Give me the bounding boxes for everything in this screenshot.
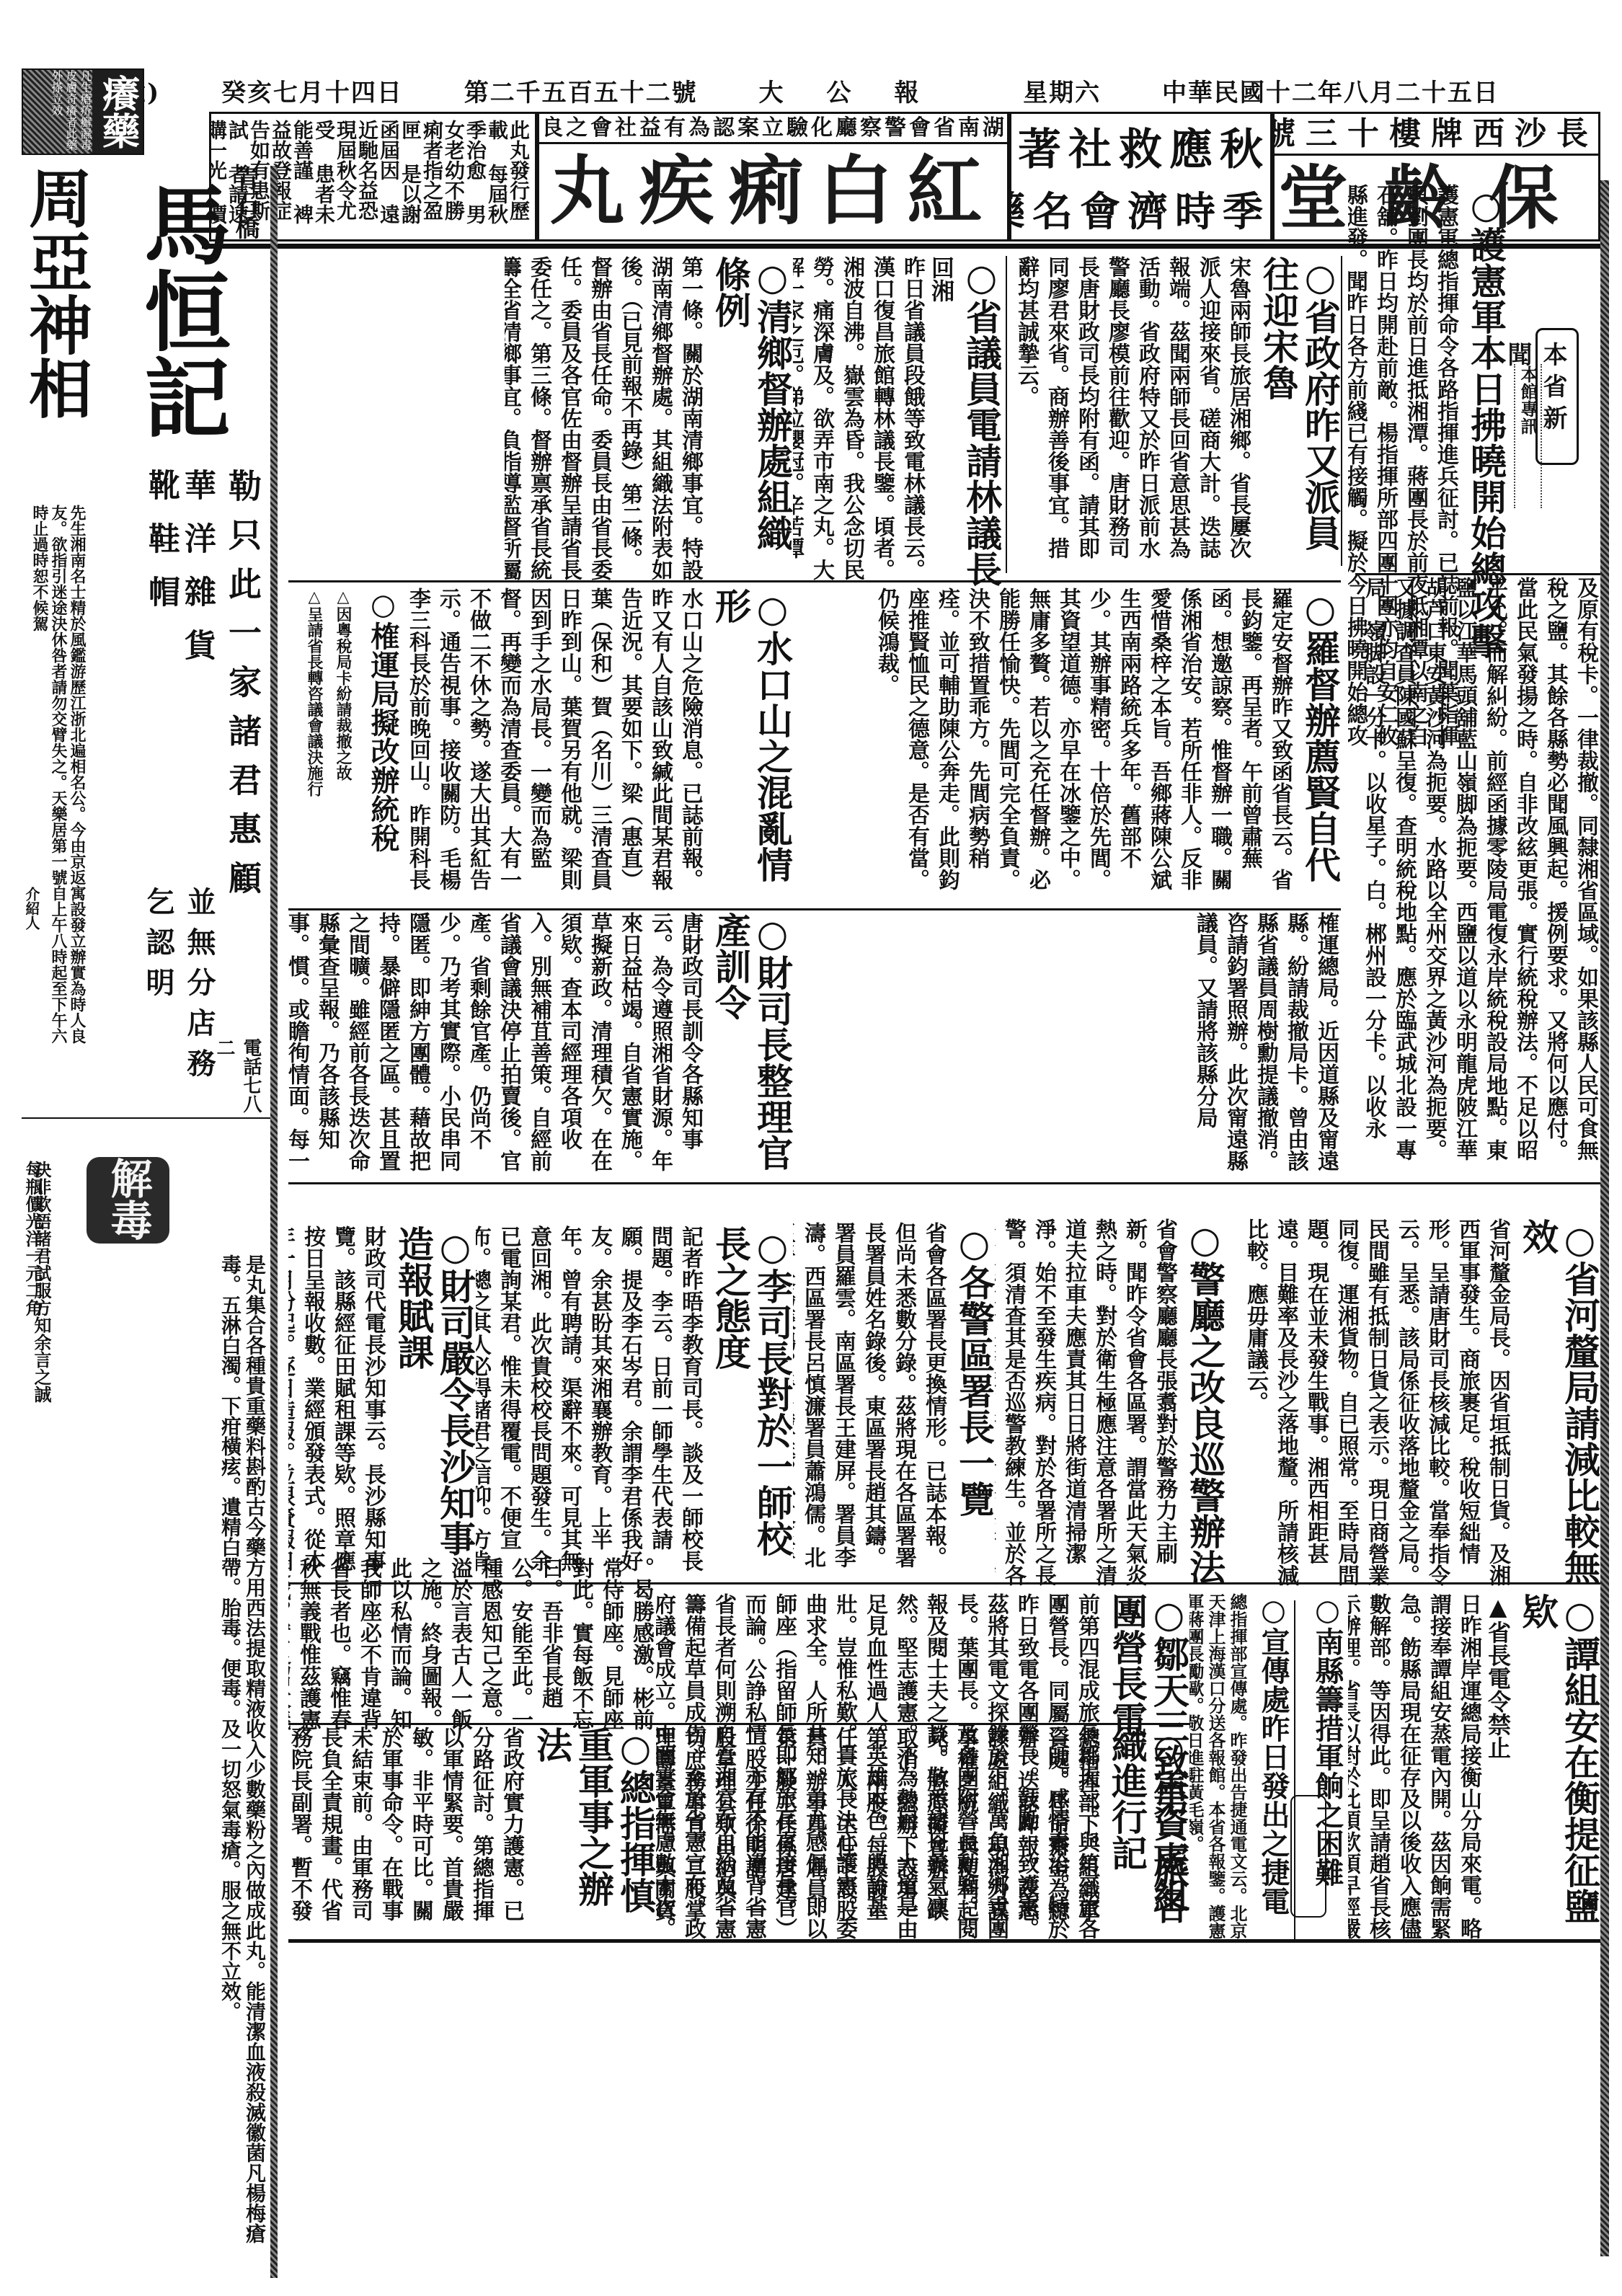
baolingtang-address: 長沙西牌樓十三號: [1275, 114, 1598, 156]
zhou-ya-text: 先生湘南名士精於風鑑游歷江浙北遍相名公。今由京返寓設發立辦實為時人良友。欲指引迷…: [29, 505, 87, 1052]
column-divider: [1341, 256, 1342, 566]
article-body: 財政司代電長沙知事云。長沙縣知事覽。該縣經征田賦租課等欵。照章應按日呈報收數。業…: [288, 1225, 388, 1579]
article-body: 宋魯兩師長旅居湘鄉。省長屢次派人迎接來省。磋商大計。迭誌報端。茲聞兩師長回省意思…: [1011, 256, 1253, 573]
ma-heng-ji-location: 青石橋: [228, 166, 263, 239]
article-body: 省會警察廳廳長張翥對於警務力主刷新。聞昨令省會各區署。謂當此天氣炎熱之時。對於衛…: [995, 1218, 1179, 1586]
article-body: 總指揮部下。組織軍資處。任命齋崟為總辦。迭誌昨報。茲悉該處組織。現為力謀事權之統…: [656, 1727, 1102, 1928]
zhou-ya-name: 周亞神相: [22, 166, 91, 420]
article-body: 昨日省議員段餓等致電林議長云。漢口復昌旅館轉林議長鑒。頃者。湘波自沸。嶽雲為昏。…: [793, 256, 927, 588]
masthead: (六) 癸亥七月十四日 第二千五百五十二號 大公報 星期六 中華民國十二年八月二…: [108, 72, 1499, 108]
article-cai-si-yan-ling: 財司嚴令長沙知事造報賦課 財政司代電長沙知事云。長沙縣知事覽。該縣經征田賦租課等…: [288, 1225, 476, 1579]
headline: 清鄉督辦處組織條例: [709, 256, 793, 580]
article-tax-column: 及原有稅卡。一律裁撤。同隸湘省區域。如果該縣人民可食無稅之鹽。其餘各縣勢必聞風興…: [1355, 577, 1600, 1175]
qiuying-line1: 秋應救社著良: [1011, 115, 1270, 177]
article-body: 。曷勝感激。彬前常侍師座。見師座對此。實每飯不忘曰。吾非省長趙公。安能至此。一種…: [288, 1557, 656, 1730]
article-ge-jing-qu: 各警區署長一覽 省會各區署長更換情形。已誌本報。但尚未悉數分錄。茲將現在各區署署…: [793, 1222, 995, 1582]
article-body: 水口山之危險消息。已誌前報。昨又有人自該山致緘此間某君報告近況。其要如下。梁（惠…: [404, 588, 705, 905]
row-divider: [656, 1723, 1189, 1725]
article-zong-zhi-hui: 總指揮慎重軍事之辦法 省政府實力護憲。已分路征討。第總指揮以軍情緊要。首貴嚴敏。…: [288, 1727, 656, 1928]
article-luo-du-ban: 羅督辦薦賢自代 羅定安督辦昨又致函省長云。省長鈞鑒。再呈者。午前曾肅蕪函。想邀諒…: [793, 588, 1341, 905]
headline: 羅督辦薦賢自代: [1299, 588, 1341, 905]
headline: 譚組安在衡提征鹽欵: [1517, 1593, 1600, 1939]
headline: 宣傳處昨日發出之捷電: [1252, 1593, 1294, 1939]
article-body: 及原有稅卡。一律裁撤。同隸湘省區域。如果該縣人民可食無稅之鹽。其餘各縣勢必聞風興…: [1355, 577, 1600, 1175]
headline: 省議員電請林議長: [960, 256, 1002, 588]
section-label-local-news: 本省新聞: [1535, 328, 1579, 465]
hongbai-banner: 湖南省會警察廳化驗立案認為有益社會之良藥: [539, 114, 1007, 144]
ma-heng-ji-note: 並無分店務乞認明: [138, 887, 220, 1117]
headline: 警廳之改良巡警辦法: [1184, 1218, 1226, 1586]
column-divider: [1006, 256, 1007, 573]
article-cai-si-zhang: 財司長整理官產訓令 唐財政司長訓令各縣知事云。為令遵照湘省財源。年來日益枯竭。自…: [288, 912, 793, 1179]
article-body: 省會各區署長更換情形。已誌本報。但尚未悉數分錄。茲將現在各區署署長署員姓名錄後。…: [793, 1222, 949, 1582]
ma-heng-ji-slogan: 勒只此一家諸君惠顧: [219, 469, 267, 910]
subhead: △因粵稅局卡紛請裁撤之故: [329, 588, 358, 905]
qiuying-line2: 季時濟會名藥: [1011, 180, 1270, 238]
issue-number: 第二千五百五十二號: [464, 73, 698, 108]
article-body: 唐財政司長訓令各縣知事云。為令遵照湘省財源。年來日益枯竭。自省憲實施。草擬新政。…: [288, 912, 705, 1179]
hongbai-pill-ad: 湖南省會警察廳化驗立案認為有益社會之良藥 紅白痢疾丸: [537, 112, 1009, 241]
article-sheng-he-li: 省河釐局請減比較無效 省河釐金局長。因省垣抵制日貨。及湘西軍事發生。商旅裹足。稅…: [1226, 1218, 1600, 1593]
article-qing-xiang-cont: 財政司代電長沙知事云。長沙縣知事覽。該縣經征田賦租課等欵。照章應按日呈報收數。業…: [288, 256, 505, 580]
headline: 總指揮慎重軍事之辦法: [531, 1727, 656, 1928]
left-ad-rule: [22, 1117, 270, 1119]
lunar-date: 癸亥七月十四日: [221, 73, 403, 108]
headline: 省河釐局請減比較無效: [1517, 1218, 1600, 1593]
headline: 水口山之混亂情形: [709, 588, 793, 905]
itch-medicine-ad: 癢藥 凡生瘡疥癬濕毒皮膚奇癢者此藥外搽立效: [22, 68, 144, 155]
headline: 各警區署長一覽: [953, 1222, 995, 1582]
article-hu-xian-ci: 。曷勝感激。彬前常侍師座。見師座對此。實每飯不忘曰。吾非省長趙公。安能至此。一種…: [288, 1557, 656, 1730]
article-body: 羅定安督辦昨又致函省長云。省長鈞鑒。再呈者。午前曾肅蕪函。想邀諒察。惟督辦一職。…: [871, 588, 1295, 905]
itch-medicine-text: 凡生瘡疥癬濕毒皮膚奇癢者此藥外搽立效: [23, 70, 92, 154]
left-ad-divider: [270, 166, 278, 2278]
hongbai-name: 紅白痢疾丸: [539, 144, 1007, 238]
itch-medicine-title: 癢藥: [92, 70, 143, 154]
row-divider: [288, 580, 1341, 582]
qing-xue-pill-text: 是丸集合各種貴重藥料斟酌古今藥方用西法提取精液收入少數藥粉之內做成此丸。能清潔血…: [22, 1254, 267, 2264]
ma-heng-ji-goods2: 華洋雜貨: [174, 469, 220, 682]
headline: 財司長整理官產訓令: [709, 912, 793, 1179]
ma-heng-ji-name: 馬恒記: [133, 180, 227, 440]
article-sheng-zheng-fu: 省政府昨又派員往迎宋魯 宋魯兩師長旅居湘鄉。省長屢次派人迎接來省。磋商大計。迭誌…: [1009, 256, 1341, 573]
article-shui-kou-shan: 水口山之混亂情形 水口山之危險消息。已誌前報。昨又有人自該山致緘此間某君報告近況…: [404, 588, 793, 905]
article-body: 省政府實力護憲。已分路征討。第總指揮以軍情緊要。首貴嚴敏。非平時可比。關於軍事命…: [288, 1727, 526, 1928]
row-divider: [1355, 573, 1600, 575]
bottom-rule: [288, 1939, 1600, 1943]
article-li-si-zhang: 李司長對於一師校長之態度 記者昨晤李教育司長。談及一師校長問題。李云。日前一師學…: [476, 1225, 793, 1579]
ma-heng-ji-ad: 青石橋 馬恒記 靴鞋帽 華洋雜貨 勒只此一家諸君惠顧 並無分店務乞認明 電話七八…: [90, 166, 270, 1117]
subhead: △呈請省長轉咨議會議決施行: [300, 588, 329, 905]
article-tax-cont: 榷運總局。近因道縣及甯遠縣。紛請裁撤局卡。曾由該縣省議員周樹勳提議撤消。咨請鈞署…: [793, 912, 1341, 1179]
article-tan-zu-an: 譚組安在衡提征鹽欵 ▲省長電令禁止 日昨湘岸運總局接衡山分局來電。略謂接奉譚組安…: [1348, 1593, 1600, 1939]
ma-heng-ji-phone: 電話七八二: [211, 1038, 265, 1117]
headline: 財司嚴令長沙知事造報賦課: [392, 1225, 476, 1579]
article-body: 第一條。關於湖南清鄉事宜。特設湖南清鄉督辦處。其組織法附表如後。（已見前報不再錄…: [505, 256, 705, 580]
headline: 榷運局擬改辦統稅: [362, 588, 404, 905]
article-body: 是。然則今日護憲之戰。不亦足昭大義於天下耶。茲與護憲之師。鞏固省憲。四方風動。自…: [288, 1197, 289, 1197]
subhead: ▲省長電令禁止: [1484, 1593, 1512, 1939]
row-divider: [288, 1723, 656, 1725]
article-que-yun-ju: 榷運局擬改辦統稅 △因粵稅局卡紛請裁撤之故 △呈請省長轉咨議會議決施行: [288, 588, 404, 905]
article-qing-xiang: 清鄉督辦處組織條例 第一條。關於湖南清鄉事宜。特設湖南清鄉督辦處。其組織法附表如…: [505, 256, 793, 580]
article-body: 總指揮部宣傳處。昨發出告捷通電文云。北京天津上海漢口分送各報館。本省各報鑒。護憲…: [1189, 1593, 1248, 1939]
article-xuan-chuan: 宣傳處昨日發出之捷電 總指揮部宣傳處。昨發出告捷通電文云。北京天津上海漢口分送各…: [1189, 1593, 1294, 1939]
zhou-ya-introducers-label: 介紹人: [22, 887, 43, 930]
article-body: 記者昨晤李教育司長。談及一師校長問題。李云。日前一師學生代表請願。提及李石岑君。…: [476, 1225, 705, 1579]
article-jun-zi-chu: 軍資處組織進行記 總指揮部下。組織軍資處。任命齋崟為總辦。迭誌昨報。茲悉該處組織…: [656, 1727, 1189, 1928]
paper-name: 大公報: [758, 73, 962, 108]
section-label-city-defense: [1290, 1795, 1326, 1918]
article-sheng-yi-yuan: 省議員電請林議長 回湘 昨日省議員段餓等致電林議長云。漢口復昌旅館轉林議長鑒。頃…: [793, 256, 1002, 588]
headline: 軍資處組織進行記: [1106, 1727, 1189, 1928]
article-hu-xian-cheng: 是。然則今日護憲之戰。不亦足昭大義於天下耶。茲與護憲之師。鞏固省憲。四方風動。自…: [288, 1197, 289, 1197]
qing-xue-pill-price: 每瓶價光洋一元二角: [20, 1161, 45, 1316]
headline: 李司長對於一師校長之態度: [709, 1225, 793, 1579]
qiuying-ad: 秋應救社著良 季時濟會名藥: [1009, 112, 1272, 241]
row-divider: [288, 908, 1341, 910]
publication-date: 中華民國十二年八月二十五日: [1162, 73, 1499, 108]
right-edge-bar: [1600, 180, 1609, 2256]
article-body: 省河釐金局長。因省垣抵制日貨。及湘西軍事發生。商旅裹足。稅收短絀情形。呈請唐財司…: [1240, 1218, 1512, 1593]
subhead: 回湘: [927, 256, 956, 588]
headline: 省政府昨又派員往迎宋魯: [1257, 256, 1341, 573]
article-jing-ting: 警廳之改良巡警辦法 省會警察廳廳長張翥對於警務力主刷新。聞昨令省會各區署。謂當此…: [995, 1218, 1226, 1586]
weekday: 星期六: [1023, 73, 1101, 108]
section-sublabel: 本館專訊: [1514, 364, 1542, 508]
article-body: 榷運總局。近因道縣及甯遠縣。紛請裁撤局卡。曾由該縣省議員周樹勳提議撤消。咨請鈞署…: [1189, 912, 1341, 1179]
qing-xue-pill-title: 清血解毒丸: [87, 1157, 169, 1244]
row-divider: [288, 1182, 1600, 1184]
article-body: 日昨湘岸運總局接衡山分局來電。略謂接奉譚組安蒸電內開。茲因餉需緊急。飭縣局現在征…: [1348, 1593, 1484, 1939]
